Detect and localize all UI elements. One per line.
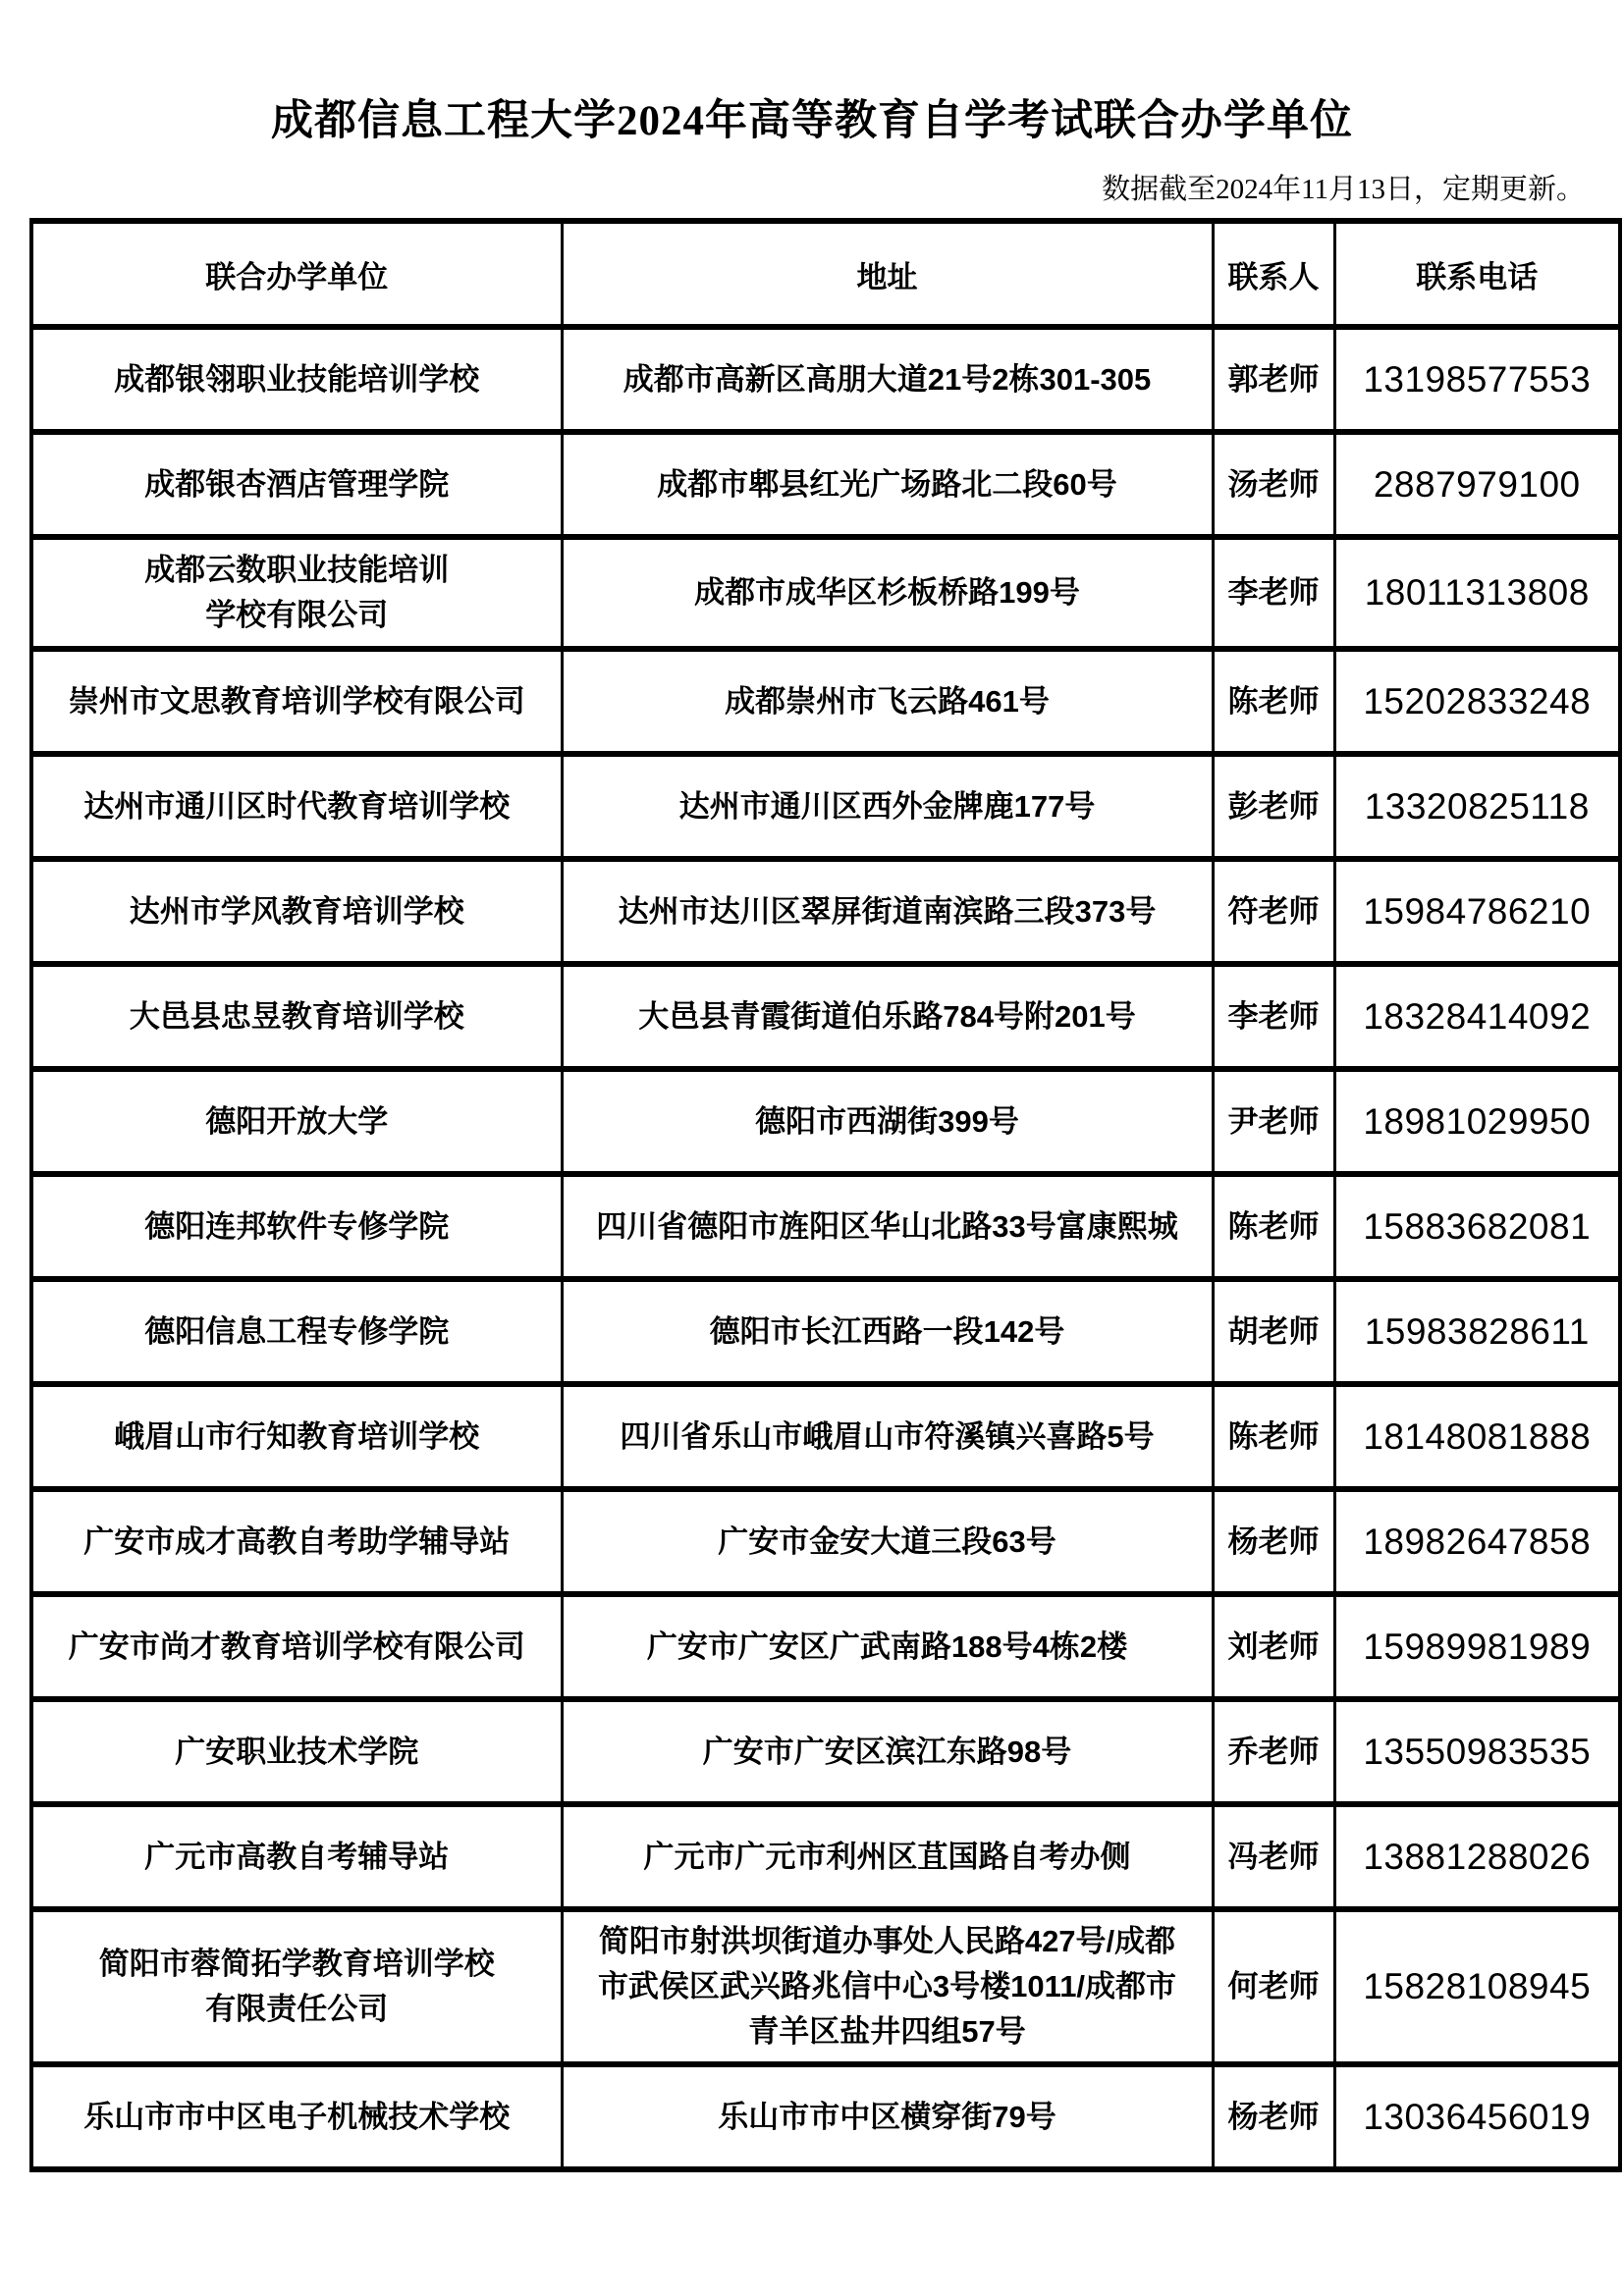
unit-cell: 成都银杏酒店管理学院 [31,432,562,537]
table-row: 德阳开放大学 德阳市西湖街399号 尹老师 18981029950 [31,1069,1620,1174]
phone-cell: 13036456019 [1334,2064,1620,2169]
table-row: 大邑县忠昱教育培训学校 大邑县青霞街道伯乐路784号附201号 李老师 1832… [31,964,1620,1069]
table-row: 德阳信息工程专修学院 德阳市长江西路一段142号 胡老师 15983828611 [31,1279,1620,1384]
unit-cell: 成都银翎职业技能培训学校 [31,327,562,432]
table-row: 成都银翎职业技能培训学校 成都市高新区高朋大道21号2栋301-305 郭老师 … [31,327,1620,432]
contact-cell: 汤老师 [1213,432,1334,537]
phone-cell: 15883682081 [1334,1174,1620,1279]
address-cell: 广安市广安区滨江东路98号 [562,1699,1213,1804]
unit-cell: 乐山市市中区电子机械技术学校 [31,2064,562,2169]
phone-cell: 18011313808 [1334,537,1620,649]
table-row: 简阳市蓉简拓学教育培训学校 有限责任公司 简阳市射洪坝街道办事处人民路427号/… [31,1909,1620,2064]
address-cell: 成都崇州市飞云路461号 [562,649,1213,754]
phone-cell: 18981029950 [1334,1069,1620,1174]
phone-cell: 13550983535 [1334,1699,1620,1804]
address-cell: 德阳市长江西路一段142号 [562,1279,1213,1384]
unit-cell: 简阳市蓉简拓学教育培训学校 有限责任公司 [31,1909,562,2064]
contact-cell: 符老师 [1213,859,1334,964]
phone-cell: 15828108945 [1334,1909,1620,2064]
table-row: 广元市高教自考辅导站 广元市广元市利州区苴国路自考办侧 冯老师 13881288… [31,1804,1620,1909]
table-row: 乐山市市中区电子机械技术学校 乐山市市中区横穿街79号 杨老师 13036456… [31,2064,1620,2169]
header-cell-phone: 联系电话 [1334,221,1620,327]
table-row: 达州市通川区时代教育培训学校 达州市通川区西外金牌鹿177号 彭老师 13320… [31,754,1620,859]
unit-cell: 广元市高教自考辅导站 [31,1804,562,1909]
address-cell: 四川省德阳市旌阳区华山北路33号富康熙城 [562,1174,1213,1279]
page: 成都信息工程大学2024年高等教育自学考试联合办学单位 数据截至2024年11月… [0,0,1624,2296]
unit-cell: 德阳信息工程专修学院 [31,1279,562,1384]
address-cell: 德阳市西湖街399号 [562,1069,1213,1174]
contact-cell: 何老师 [1213,1909,1334,2064]
contact-cell: 李老师 [1213,964,1334,1069]
table-row: 广安职业技术学院 广安市广安区滨江东路98号 乔老师 13550983535 [31,1699,1620,1804]
address-cell: 成都市郫县红光广场路北二段60号 [562,432,1213,537]
table-row: 峨眉山市行知教育培训学校 四川省乐山市峨眉山市符溪镇兴喜路5号 陈老师 1814… [31,1384,1620,1489]
table-body: 成都银翎职业技能培训学校 成都市高新区高朋大道21号2栋301-305 郭老师 … [31,327,1620,2169]
unit-cell: 峨眉山市行知教育培训学校 [31,1384,562,1489]
address-cell: 广安市广安区广武南路188号4栋2楼 [562,1594,1213,1699]
table-row: 成都云数职业技能培训 学校有限公司 成都市成华区杉板桥路199号 李老师 180… [31,537,1620,649]
phone-cell: 2887979100 [1334,432,1620,537]
table-row: 德阳连邦软件专修学院 四川省德阳市旌阳区华山北路33号富康熙城 陈老师 1588… [31,1174,1620,1279]
contact-cell: 尹老师 [1213,1069,1334,1174]
header-cell-unit: 联合办学单位 [31,221,562,327]
phone-cell: 13881288026 [1334,1804,1620,1909]
contact-cell: 杨老师 [1213,1489,1334,1594]
table-row: 达州市学风教育培训学校 达州市达川区翠屏街道南滨路三段373号 符老师 1598… [31,859,1620,964]
phone-cell: 18328414092 [1334,964,1620,1069]
table-row: 崇州市文思教育培训学校有限公司 成都崇州市飞云路461号 陈老师 1520283… [31,649,1620,754]
address-cell: 达州市通川区西外金牌鹿177号 [562,754,1213,859]
contact-cell: 郭老师 [1213,327,1334,432]
address-cell: 乐山市市中区横穿街79号 [562,2064,1213,2169]
contact-cell: 乔老师 [1213,1699,1334,1804]
phone-cell: 18148081888 [1334,1384,1620,1489]
contact-cell: 陈老师 [1213,1384,1334,1489]
address-cell: 广安市金安大道三段63号 [562,1489,1213,1594]
contact-cell: 陈老师 [1213,649,1334,754]
address-cell: 简阳市射洪坝街道办事处人民路427号/成都 市武侯区武兴路兆信中心3号楼1011… [562,1909,1213,2064]
phone-cell: 15989981989 [1334,1594,1620,1699]
contact-cell: 李老师 [1213,537,1334,649]
address-cell: 成都市成华区杉板桥路199号 [562,537,1213,649]
phone-cell: 13320825118 [1334,754,1620,859]
contact-cell: 胡老师 [1213,1279,1334,1384]
table-row: 广安市成才高教自考助学辅导站 广安市金安大道三段63号 杨老师 18982647… [31,1489,1620,1594]
page-title: 成都信息工程大学2024年高等教育自学考试联合办学单位 [0,0,1624,151]
address-cell: 广元市广元市利州区苴国路自考办侧 [562,1804,1213,1909]
address-cell: 四川省乐山市峨眉山市符溪镇兴喜路5号 [562,1384,1213,1489]
unit-cell: 达州市学风教育培训学校 [31,859,562,964]
units-table: 联合办学单位 地址 联系人 联系电话 成都银翎职业技能培训学校 成都市高新区高朋… [29,218,1622,2172]
contact-cell: 陈老师 [1213,1174,1334,1279]
contact-cell: 冯老师 [1213,1804,1334,1909]
contact-cell: 刘老师 [1213,1594,1334,1699]
phone-cell: 15202833248 [1334,649,1620,754]
header-cell-address: 地址 [562,221,1213,327]
update-note: 数据截至2024年11月13日，定期更新。 [29,173,1618,206]
table-header-row: 联合办学单位 地址 联系人 联系电话 [31,221,1620,327]
unit-cell: 广安职业技术学院 [31,1699,562,1804]
phone-cell: 15984786210 [1334,859,1620,964]
address-cell: 成都市高新区高朋大道21号2栋301-305 [562,327,1213,432]
address-cell: 达州市达川区翠屏街道南滨路三段373号 [562,859,1213,964]
unit-cell: 广安市尚才教育培训学校有限公司 [31,1594,562,1699]
contact-cell: 杨老师 [1213,2064,1334,2169]
phone-cell: 18982647858 [1334,1489,1620,1594]
unit-cell: 德阳开放大学 [31,1069,562,1174]
contact-cell: 彭老师 [1213,754,1334,859]
unit-cell: 崇州市文思教育培训学校有限公司 [31,649,562,754]
unit-cell: 成都云数职业技能培训 学校有限公司 [31,537,562,649]
phone-cell: 13198577553 [1334,327,1620,432]
table-row: 广安市尚才教育培训学校有限公司 广安市广安区广武南路188号4栋2楼 刘老师 1… [31,1594,1620,1699]
unit-cell: 德阳连邦软件专修学院 [31,1174,562,1279]
phone-cell: 15983828611 [1334,1279,1620,1384]
unit-cell: 达州市通川区时代教育培训学校 [31,754,562,859]
header-cell-contact: 联系人 [1213,221,1334,327]
unit-cell: 广安市成才高教自考助学辅导站 [31,1489,562,1594]
table-row: 成都银杏酒店管理学院 成都市郫县红光广场路北二段60号 汤老师 28879791… [31,432,1620,537]
unit-cell: 大邑县忠昱教育培训学校 [31,964,562,1069]
address-cell: 大邑县青霞街道伯乐路784号附201号 [562,964,1213,1069]
